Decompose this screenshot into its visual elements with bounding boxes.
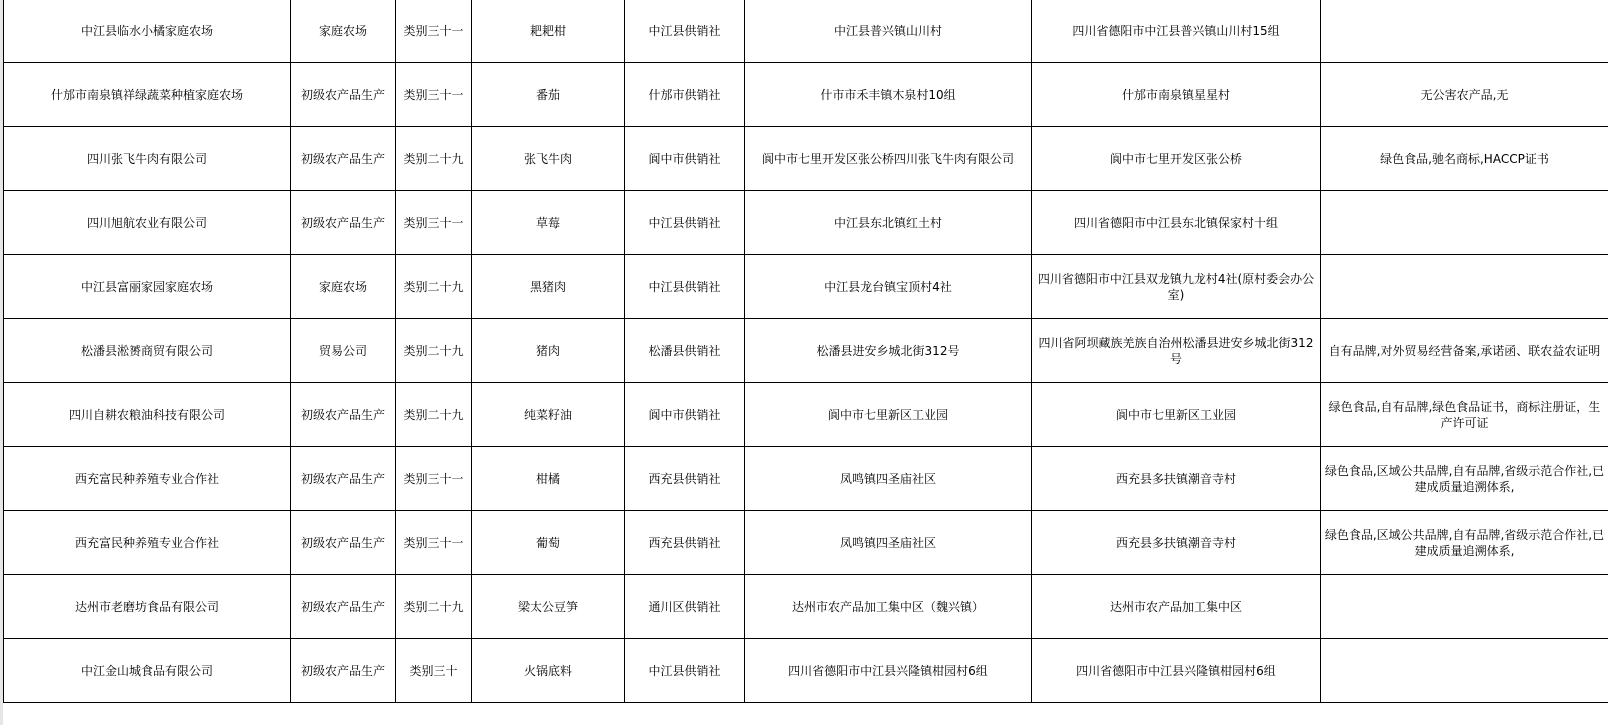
cell-product-name[interactable]: 猪肉	[472, 319, 625, 383]
cell-supply-coop[interactable]: 松潘县供销社	[625, 319, 745, 383]
cell-certifications[interactable]	[1321, 639, 1608, 703]
cell-supply-coop[interactable]: 什邡市供销社	[625, 63, 745, 127]
cell-company-address[interactable]: 西充县多扶镇潮音寺村	[1032, 511, 1321, 575]
cell-product-name[interactable]: 梁太公豆笋	[472, 575, 625, 639]
cell-certifications[interactable]	[1321, 0, 1608, 63]
cell-company-address[interactable]: 达州市农产品加工集中区	[1032, 575, 1321, 639]
cell-company-name[interactable]: 四川旭航农业有限公司	[4, 191, 291, 255]
cell-company-name[interactable]: 西充富民种养殖专业合作社	[4, 511, 291, 575]
cell-product-name[interactable]: 葡萄	[472, 511, 625, 575]
table-row: 西充富民种养殖专业合作社初级农产品生产类别三十一柑橘西充县供销社凤鸣镇四圣庙社区…	[4, 447, 1608, 511]
cell-supply-coop[interactable]: 阆中市供销社	[625, 383, 745, 447]
cell-company-name[interactable]: 中江县临水小橘家庭农场	[4, 0, 291, 63]
cell-category[interactable]: 类别三十一	[396, 191, 472, 255]
cell-supply-coop[interactable]: 中江县供销社	[625, 0, 745, 63]
cell-product-name[interactable]: 番茄	[472, 63, 625, 127]
cell-category[interactable]: 类别二十九	[396, 255, 472, 319]
cell-company-type[interactable]: 贸易公司	[291, 319, 396, 383]
cell-production-address[interactable]: 四川省德阳市中江县兴隆镇柑园村6组	[745, 639, 1032, 703]
table-row: 松潘县淞赟商贸有限公司贸易公司类别二十九猪肉松潘县供销社松潘县进安乡城北街312…	[4, 319, 1608, 383]
cell-category[interactable]: 类别三十一	[396, 63, 472, 127]
cell-product-name[interactable]: 黑猪肉	[472, 255, 625, 319]
cell-supply-coop[interactable]: 西充县供销社	[625, 447, 745, 511]
cell-certifications[interactable]: 绿色食品,驰名商标,HACCP证书	[1321, 127, 1608, 191]
cell-company-address[interactable]: 什邡市南泉镇星星村	[1032, 63, 1321, 127]
cell-product-name[interactable]: 纯菜籽油	[472, 383, 625, 447]
cell-product-name[interactable]: 草莓	[472, 191, 625, 255]
cell-certifications[interactable]: 自有品牌,对外贸易经营备案,承诺函、联农益农证明	[1321, 319, 1608, 383]
table-body: 中江县临水小橘家庭农场家庭农场类别三十一耙耙柑中江县供销社中江县普兴镇山川村四川…	[4, 0, 1608, 703]
cell-company-address[interactable]: 四川省阿坝藏族羌族自治州松潘县进安乡城北街312号	[1032, 319, 1321, 383]
cell-supply-coop[interactable]: 中江县供销社	[625, 255, 745, 319]
cell-supply-coop[interactable]: 通川区供销社	[625, 575, 745, 639]
cell-company-name[interactable]: 中江金山城食品有限公司	[4, 639, 291, 703]
cell-company-name[interactable]: 什邡市南泉镇祥绿蔬菜种植家庭农场	[4, 63, 291, 127]
cell-category[interactable]: 类别三十一	[396, 447, 472, 511]
cell-production-address[interactable]: 中江县东北镇红土村	[745, 191, 1032, 255]
cell-supply-coop[interactable]: 阆中市供销社	[625, 127, 745, 191]
cell-supply-coop[interactable]: 中江县供销社	[625, 639, 745, 703]
cell-company-type[interactable]: 初级农产品生产	[291, 383, 396, 447]
cell-company-type[interactable]: 初级农产品生产	[291, 639, 396, 703]
cell-certifications[interactable]: 绿色食品,区域公共品牌,自有品牌,省级示范合作社,已建成质量追溯体系,	[1321, 511, 1608, 575]
spreadsheet-table: 中江县临水小橘家庭农场家庭农场类别三十一耙耙柑中江县供销社中江县普兴镇山川村四川…	[3, 0, 1608, 703]
cell-company-address[interactable]: 阆中市七里开发区张公桥	[1032, 127, 1321, 191]
cell-supply-coop[interactable]: 西充县供销社	[625, 511, 745, 575]
cell-category[interactable]: 类别二十九	[396, 383, 472, 447]
cell-category[interactable]: 类别二十九	[396, 319, 472, 383]
cell-company-type[interactable]: 初级农产品生产	[291, 127, 396, 191]
cell-company-name[interactable]: 松潘县淞赟商贸有限公司	[4, 319, 291, 383]
cell-company-name[interactable]: 四川自耕农粮油科技有限公司	[4, 383, 291, 447]
cell-certifications[interactable]: 无公害农产品,无	[1321, 63, 1608, 127]
cell-certifications[interactable]: 绿色食品,自有品牌,绿色食品证书，商标注册证，生产许可证	[1321, 383, 1608, 447]
cell-company-name[interactable]: 四川张飞牛肉有限公司	[4, 127, 291, 191]
cell-company-address[interactable]: 四川省德阳市中江县普兴镇山川村15组	[1032, 0, 1321, 63]
cell-certifications[interactable]	[1321, 575, 1608, 639]
cell-company-address[interactable]: 四川省德阳市中江县东北镇保家村十组	[1032, 191, 1321, 255]
cell-company-type[interactable]: 初级农产品生产	[291, 191, 396, 255]
cell-production-address[interactable]: 达州市农产品加工集中区（魏兴镇）	[745, 575, 1032, 639]
cell-product-name[interactable]: 火锅底料	[472, 639, 625, 703]
cell-category[interactable]: 类别二十九	[396, 127, 472, 191]
table-row: 西充富民种养殖专业合作社初级农产品生产类别三十一葡萄西充县供销社凤鸣镇四圣庙社区…	[4, 511, 1608, 575]
cell-company-name[interactable]: 达州市老磨坊食品有限公司	[4, 575, 291, 639]
cell-company-name[interactable]: 西充富民种养殖专业合作社	[4, 447, 291, 511]
cell-production-address[interactable]: 凤鸣镇四圣庙社区	[745, 511, 1032, 575]
cell-production-address[interactable]: 松潘县进安乡城北街312号	[745, 319, 1032, 383]
cell-company-address[interactable]: 西充县多扶镇潮音寺村	[1032, 447, 1321, 511]
table-row: 四川张飞牛肉有限公司初级农产品生产类别二十九张飞牛肉阆中市供销社阆中市七里开发区…	[4, 127, 1608, 191]
cell-production-address[interactable]: 阆中市七里开发区张公桥四川张飞牛肉有限公司	[745, 127, 1032, 191]
cell-production-address[interactable]: 中江县龙台镇宝顶村4社	[745, 255, 1032, 319]
table-row: 四川自耕农粮油科技有限公司初级农产品生产类别二十九纯菜籽油阆中市供销社阆中市七里…	[4, 383, 1608, 447]
table-row: 中江县富丽家园家庭农场家庭农场类别二十九黑猪肉中江县供销社中江县龙台镇宝顶村4社…	[4, 255, 1608, 319]
cell-company-name[interactable]: 中江县富丽家园家庭农场	[4, 255, 291, 319]
cell-product-name[interactable]: 耙耙柑	[472, 0, 625, 63]
cell-company-type[interactable]: 初级农产品生产	[291, 511, 396, 575]
cell-company-address[interactable]: 四川省德阳市中江县双龙镇九龙村4社(原村委会办公室)	[1032, 255, 1321, 319]
cell-production-address[interactable]: 凤鸣镇四圣庙社区	[745, 447, 1032, 511]
cell-certifications[interactable]: 绿色食品,区域公共品牌,自有品牌,省级示范合作社,已建成质量追溯体系,	[1321, 447, 1608, 511]
table-row: 四川旭航农业有限公司初级农产品生产类别三十一草莓中江县供销社中江县东北镇红土村四…	[4, 191, 1608, 255]
cell-company-address[interactable]: 四川省德阳市中江县兴隆镇柑园村6组	[1032, 639, 1321, 703]
cell-production-address[interactable]: 阆中市七里新区工业园	[745, 383, 1032, 447]
table-row: 什邡市南泉镇祥绿蔬菜种植家庭农场初级农产品生产类别三十一番茄什邡市供销社什市市禾…	[4, 63, 1608, 127]
table-row: 中江县临水小橘家庭农场家庭农场类别三十一耙耙柑中江县供销社中江县普兴镇山川村四川…	[4, 0, 1608, 63]
table-row: 中江金山城食品有限公司初级农产品生产类别三十火锅底料中江县供销社四川省德阳市中江…	[4, 639, 1608, 703]
cell-company-type[interactable]: 初级农产品生产	[291, 575, 396, 639]
cell-category[interactable]: 类别二十九	[396, 575, 472, 639]
cell-certifications[interactable]	[1321, 255, 1608, 319]
cell-company-type[interactable]: 家庭农场	[291, 0, 396, 63]
cell-production-address[interactable]: 中江县普兴镇山川村	[745, 0, 1032, 63]
cell-company-type[interactable]: 家庭农场	[291, 255, 396, 319]
cell-certifications[interactable]	[1321, 191, 1608, 255]
cell-category[interactable]: 类别三十一	[396, 511, 472, 575]
cell-product-name[interactable]: 张飞牛肉	[472, 127, 625, 191]
cell-category[interactable]: 类别三十	[396, 639, 472, 703]
cell-company-type[interactable]: 初级农产品生产	[291, 63, 396, 127]
cell-company-type[interactable]: 初级农产品生产	[291, 447, 396, 511]
cell-product-name[interactable]: 柑橘	[472, 447, 625, 511]
cell-production-address[interactable]: 什市市禾丰镇木泉村10组	[745, 63, 1032, 127]
table-row: 达州市老磨坊食品有限公司初级农产品生产类别二十九梁太公豆笋通川区供销社达州市农产…	[4, 575, 1608, 639]
cell-supply-coop[interactable]: 中江县供销社	[625, 191, 745, 255]
cell-company-address[interactable]: 阆中市七里新区工业园	[1032, 383, 1321, 447]
cell-category[interactable]: 类别三十一	[396, 0, 472, 63]
